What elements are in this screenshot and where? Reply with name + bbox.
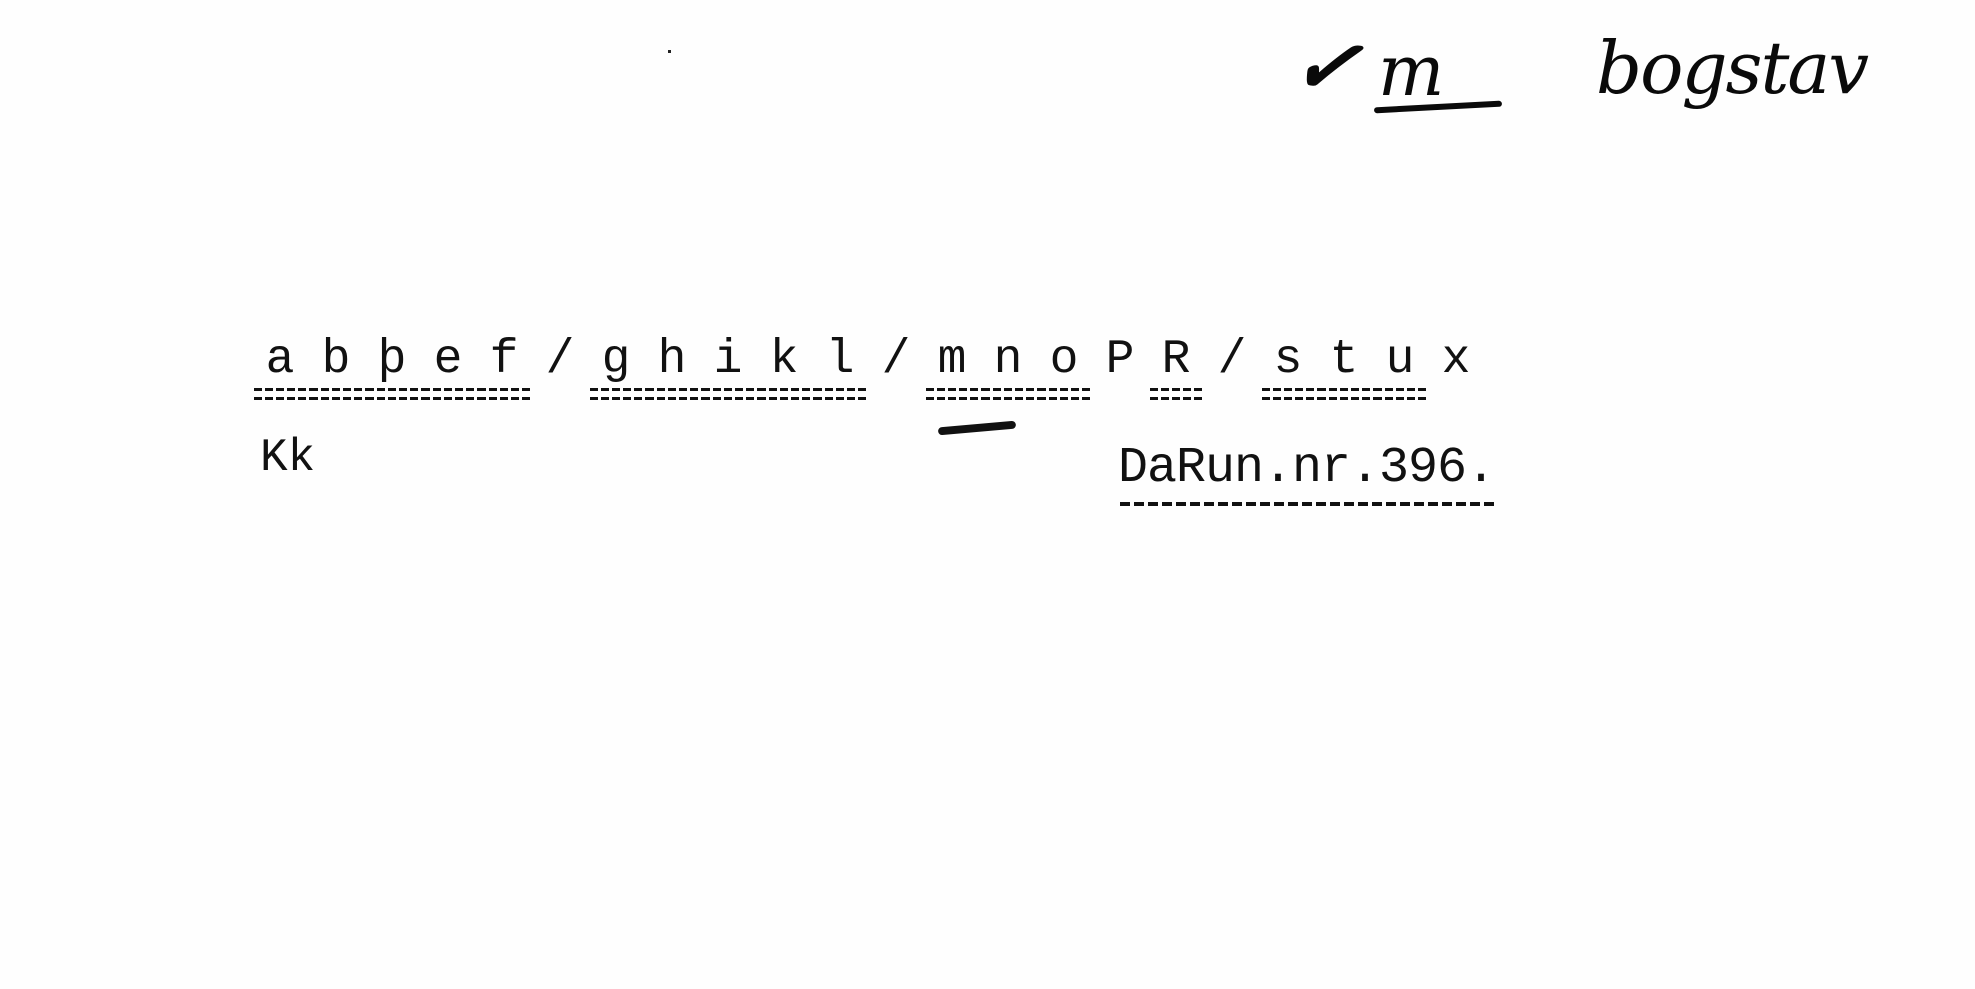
- rune-letter: x: [1434, 330, 1478, 390]
- rune-letter: i: [706, 330, 750, 390]
- reference-underline: [1120, 502, 1495, 506]
- rune-letter: g: [594, 330, 638, 390]
- rune-letter: n: [986, 330, 1030, 390]
- rune-letter: s: [1266, 330, 1310, 390]
- rune-letter: b: [314, 330, 358, 390]
- rune-letter: P: [1098, 330, 1142, 390]
- rune-letter: o: [1042, 330, 1086, 390]
- rune-letter: k: [762, 330, 806, 390]
- rune-letter: h: [650, 330, 694, 390]
- rune-letter: þ: [370, 330, 414, 390]
- handwritten-letter: m: [1378, 30, 1444, 112]
- index-card: ✓ m bogstav abþef/ghikl/mnoPR/stux Kk Da…: [0, 0, 1975, 989]
- pen-stroke-mark: [938, 421, 1016, 436]
- rune-letter: f: [482, 330, 526, 390]
- group-separator: /: [1210, 330, 1254, 390]
- handwritten-word: bogstav: [1596, 26, 1867, 110]
- rune-letter: a: [258, 330, 302, 390]
- check-mark-icon: ✓: [1286, 14, 1367, 119]
- card-label: Kk: [260, 432, 315, 484]
- rune-letter: e: [426, 330, 470, 390]
- inscription-reference: DaRun.nr.396.: [1118, 440, 1495, 497]
- rune-letter: u: [1378, 330, 1422, 390]
- rune-letter: l: [818, 330, 862, 390]
- group-separator: /: [538, 330, 582, 390]
- rune-letter: m: [930, 330, 974, 390]
- group-separator: /: [874, 330, 918, 390]
- rune-letter: t: [1322, 330, 1366, 390]
- futhark-transliteration-line: abþef/ghikl/mnoPR/stux: [258, 330, 1478, 390]
- ink-speck: [668, 50, 671, 53]
- rune-letter: R: [1154, 330, 1198, 390]
- reference-text: DaRun.nr.396.: [1118, 440, 1495, 497]
